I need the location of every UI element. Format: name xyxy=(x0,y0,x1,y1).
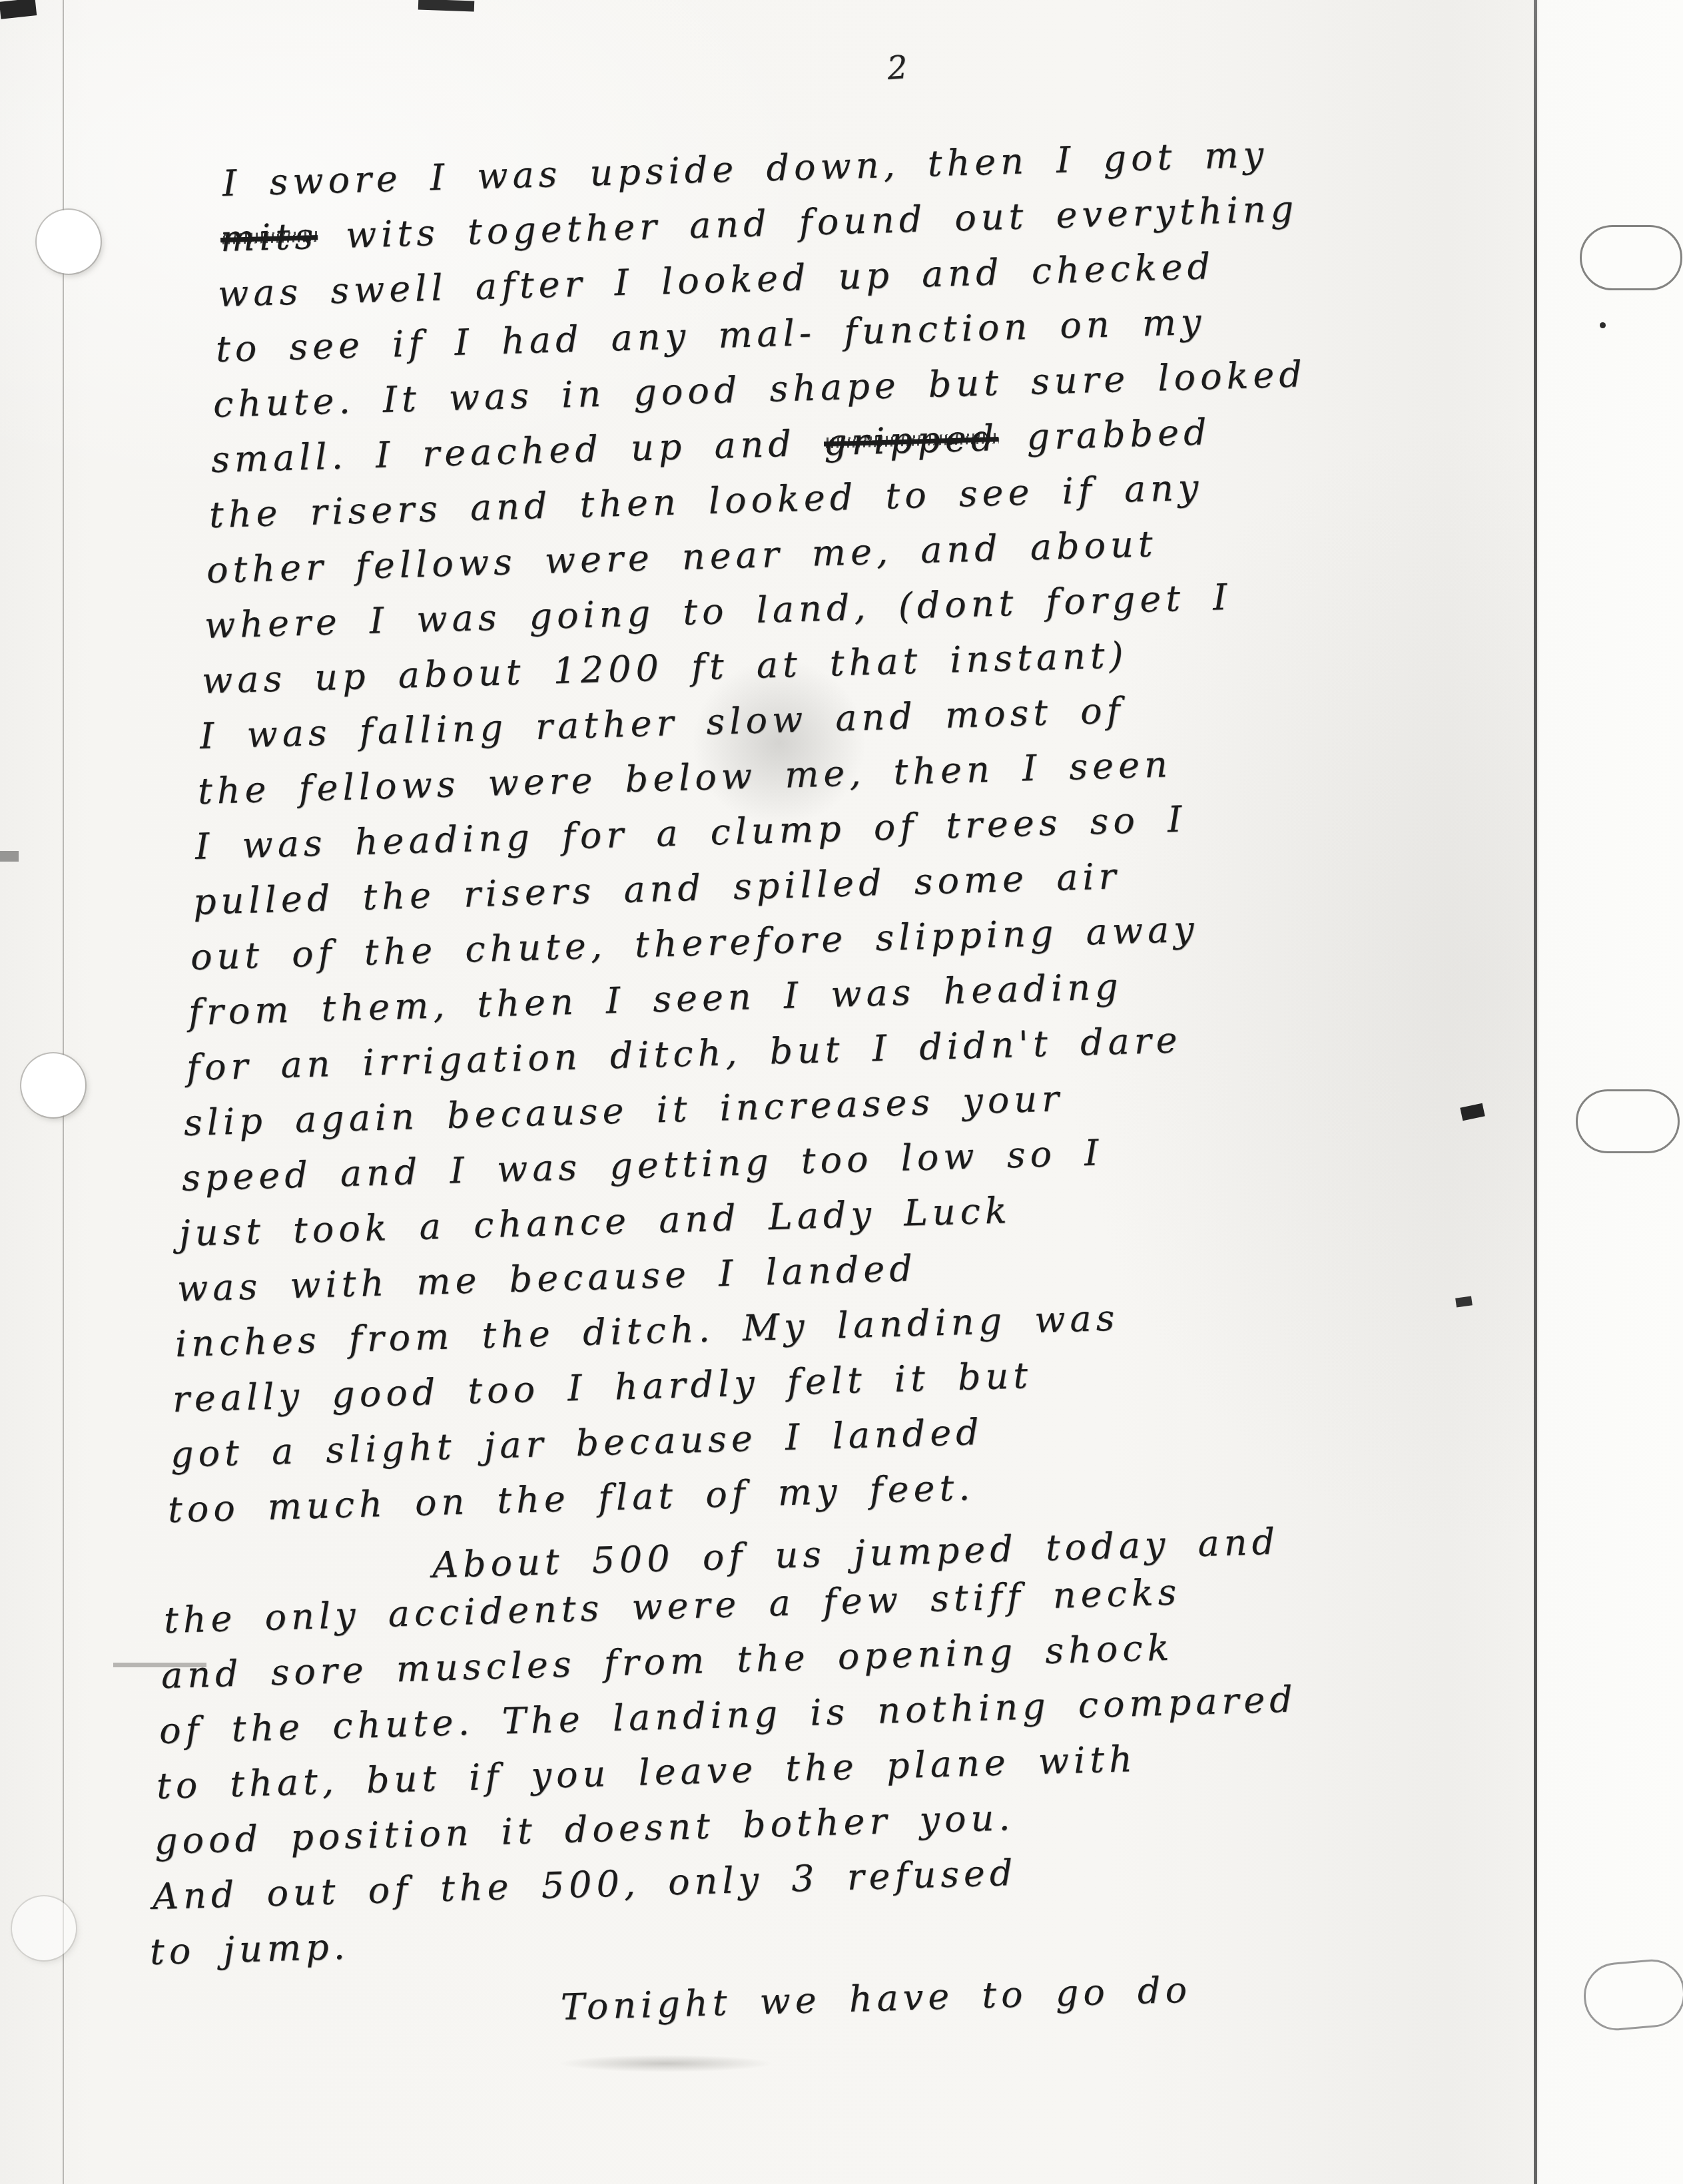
handwriting-text: grabbed xyxy=(998,411,1211,459)
handwritten-line: Tonight we have to go do xyxy=(560,1952,1539,2035)
page-number: 2 xyxy=(886,49,908,87)
handwriting-text: to jump. xyxy=(149,1926,350,1973)
scribbled-out-word: gripped xyxy=(823,417,999,463)
punch-hole-right-middle xyxy=(1576,1089,1680,1153)
scribbled-out-word: mits xyxy=(220,215,318,260)
handwriting-text: Tonight we have to go do xyxy=(560,1969,1192,2028)
punch-hole-right-top xyxy=(1580,225,1682,290)
letter-body: I swore I was upside down, then I got my… xyxy=(0,156,1538,2035)
handwriting-text: small. I reached up and xyxy=(210,421,825,481)
